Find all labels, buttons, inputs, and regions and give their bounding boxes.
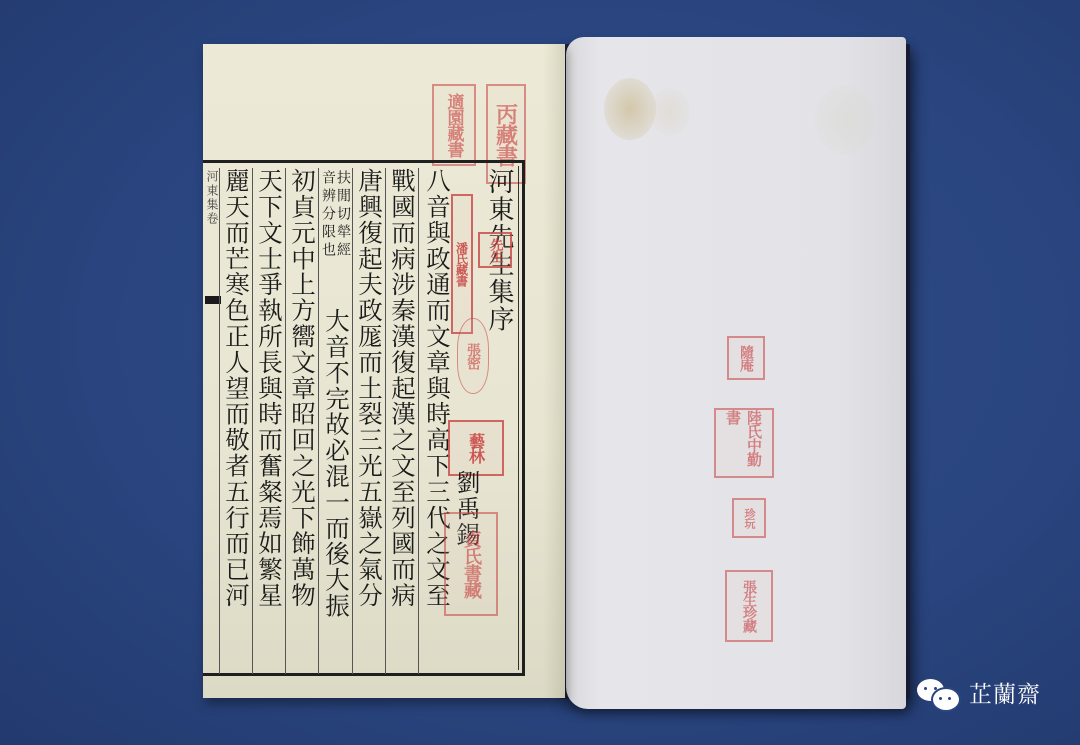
text-column-4: 扶閒切犖經 音辨分限也 大音不完故必混一而後大振 — [318, 168, 352, 674]
seal-author-1: 藝林 — [448, 420, 504, 476]
seal-right-1: 隨庵 — [727, 336, 765, 380]
foxing-stain — [650, 88, 690, 136]
annotation-right: 扶閒切犖經 — [335, 170, 351, 260]
seal-title-1: 潘氏藏書 — [451, 194, 473, 334]
foxing-stain — [604, 78, 656, 140]
wechat-icon — [915, 677, 961, 709]
watermark-text: 芷蘭齋 — [969, 676, 1041, 709]
column-4-main-text: 大音不完故必混一而後大振 — [319, 308, 352, 619]
text-column-2: 戰國而病涉秦漢復起漢之文至列國而病 — [385, 168, 418, 674]
annotation-left: 音辨分限也 — [320, 170, 336, 260]
seal-right-2: 陸氏中勤書 — [714, 408, 774, 478]
watermark: 芷蘭齋 — [915, 676, 1041, 709]
text-column-3: 唐興復起夫政厖而土裂三光五嶽之氣分 — [352, 168, 385, 674]
seal-top-1: 適園藏書 — [432, 84, 476, 166]
seal-author-2: 貞氏書藏 — [444, 512, 498, 616]
seal-right-4: 張生珍藏 — [725, 570, 773, 642]
foxing-stain — [815, 85, 875, 155]
seal-right-3: 珍玩 — [732, 498, 766, 538]
text-column-5: 初貞元中上方嚮文章昭回之光下飾萬物 — [285, 168, 318, 674]
text-column-6: 天下文士爭執所長與時而奮粲焉如繁星 — [252, 168, 285, 674]
seal-oval: 張密 — [457, 318, 489, 394]
open-book: 適園藏書 丙藏書 河東集卷 河東先生集序 八音與政通而文章與時高下三代之文至 戰… — [0, 0, 1080, 745]
seal-title-2: 先生 — [478, 232, 512, 268]
text-column-7: 麗天而芒寒色正人望而敬者五行而已河 — [219, 168, 252, 674]
